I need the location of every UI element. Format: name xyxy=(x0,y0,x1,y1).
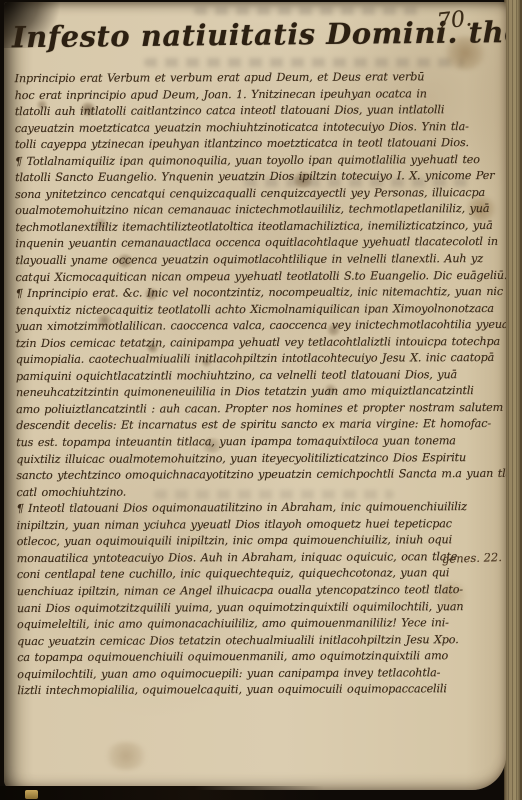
manuscript-line: otlecoc, yuan oquimouiquili inipiltzin, … xyxy=(17,532,506,551)
margin-note: genes. 22. xyxy=(442,550,502,566)
manuscript-line: oquimeleltili, inic amo quimonacachiuili… xyxy=(17,615,506,634)
manuscript-line: oualmotemohuitzino nican cemanauac inict… xyxy=(15,201,506,220)
manuscript-line: ¶ Inprincipio erat. &c. Inic vel nocontz… xyxy=(16,284,506,303)
manuscript-line: liztli intechmopialilia, oquimouelcaquit… xyxy=(17,681,506,700)
manuscript-line: tlatolli auh intlatolli caitlantzinco ca… xyxy=(15,102,506,121)
manuscript-line: tolli cayeppa ytzinecan ipeuhyan itlantz… xyxy=(15,135,506,154)
manuscript-line: sancto ytechtzinco omoquichnacayotitzino… xyxy=(16,466,506,485)
verso-show-through xyxy=(144,58,464,67)
page-title: Infesto natiuitatis Domini. thema ∾. xyxy=(12,12,452,57)
manuscript-line: uenchiuaz ipiltzin, niman ce Angel ilhui… xyxy=(17,582,506,601)
manuscript-page: Infesto natiuitatis Domini. thema ∾. 70.… xyxy=(4,2,506,790)
page-title-text: Infesto natiuitatis Domini. thema xyxy=(12,14,506,54)
fox-stain xyxy=(104,742,148,770)
book-fore-edge xyxy=(504,0,522,800)
manuscript-line: ¶ Inteotl tlatouani Dios oquimonauatilit… xyxy=(17,499,506,518)
manuscript-line: tus est. topampa inteuantin titlaca, yua… xyxy=(16,433,506,452)
manuscript-line: quimopialia. caotechualmiualili initlaco… xyxy=(16,350,506,369)
manuscript-text: Inprincipio erat Verbum et verbum erat a… xyxy=(15,69,506,700)
manuscript-line: yuan ximotzimmotlalilican. caoccenca val… xyxy=(16,317,506,336)
manuscript-line: tlatolli Sancto Euangelio. Ynquenin yeua… xyxy=(15,168,506,187)
manuscript-line: tlayoualli yname occenca yeuatzin oquimo… xyxy=(15,251,506,270)
folio-number: 70. xyxy=(436,6,473,35)
manuscript-line: neneuhcatzitzintin quimoneneuililia in D… xyxy=(16,383,506,402)
book-binding-edge xyxy=(0,786,324,800)
binding-clasp xyxy=(25,790,38,799)
manuscript-photo: Infesto natiuitatis Domini. thema ∾. 70.… xyxy=(0,0,522,800)
manuscript-line: ca topampa oquimouenchiuili oquimouenman… xyxy=(17,648,506,667)
manuscript-line: coni centlapal tene cuchillo, inic quiqu… xyxy=(17,565,506,584)
